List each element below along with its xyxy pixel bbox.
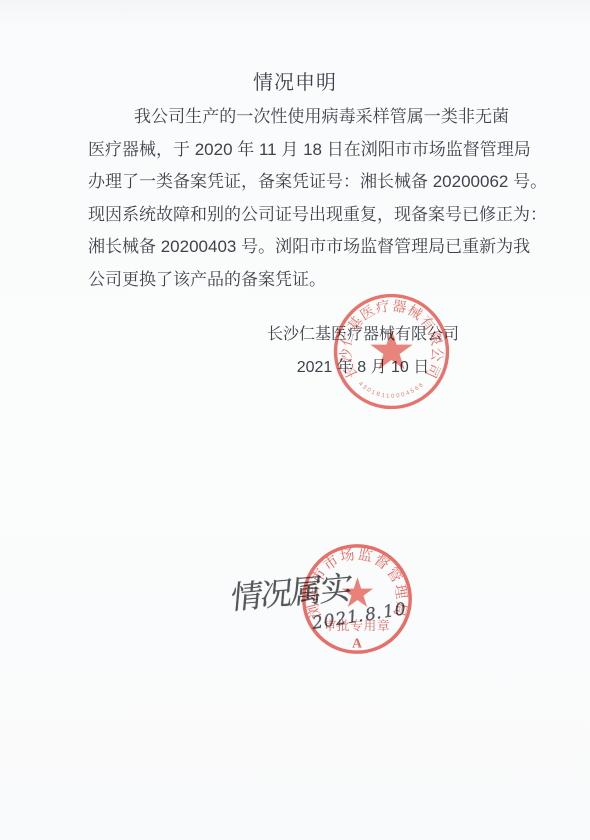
company-seal-star-icon xyxy=(370,329,412,369)
statement-paragraph: 我公司生产的一次性使用病毒采样管属一类非无菌 医疗器械，于 2020 年 11 … xyxy=(88,101,509,296)
svg-text:43018110004566: 43018110004566 xyxy=(357,381,426,400)
paragraph-line: 现因系统故障和别的公司证号出现重复，现备案号已修正为： xyxy=(88,199,509,232)
company-seal-serial: 43018110004566 xyxy=(357,381,426,400)
paragraph-line: 湘长械备 20200403 号。浏阳市市场监督管理局已重新为我 xyxy=(88,231,509,264)
scanned-statement-page: 情况申明 我公司生产的一次性使用病毒采样管属一类非无菌 医疗器械，于 2020 … xyxy=(0,0,590,840)
document-title: 情况申明 xyxy=(0,66,590,95)
company-seal-stamp: 长沙仁基医疗器械有限公司 43018110004566 xyxy=(331,291,452,412)
paragraph-line: 我公司生产的一次性使用病毒采样管属一类非无菌 xyxy=(88,101,509,134)
approval-seal-letter: A xyxy=(352,635,362,650)
paragraph-line: 办理了一类备案凭证，备案凭证号：湘长械备 20200062 号。 xyxy=(88,166,509,199)
paragraph-line: 医疗器械，于 2020 年 11 月 18 日在浏阳市市场监督管理局 xyxy=(88,134,509,167)
